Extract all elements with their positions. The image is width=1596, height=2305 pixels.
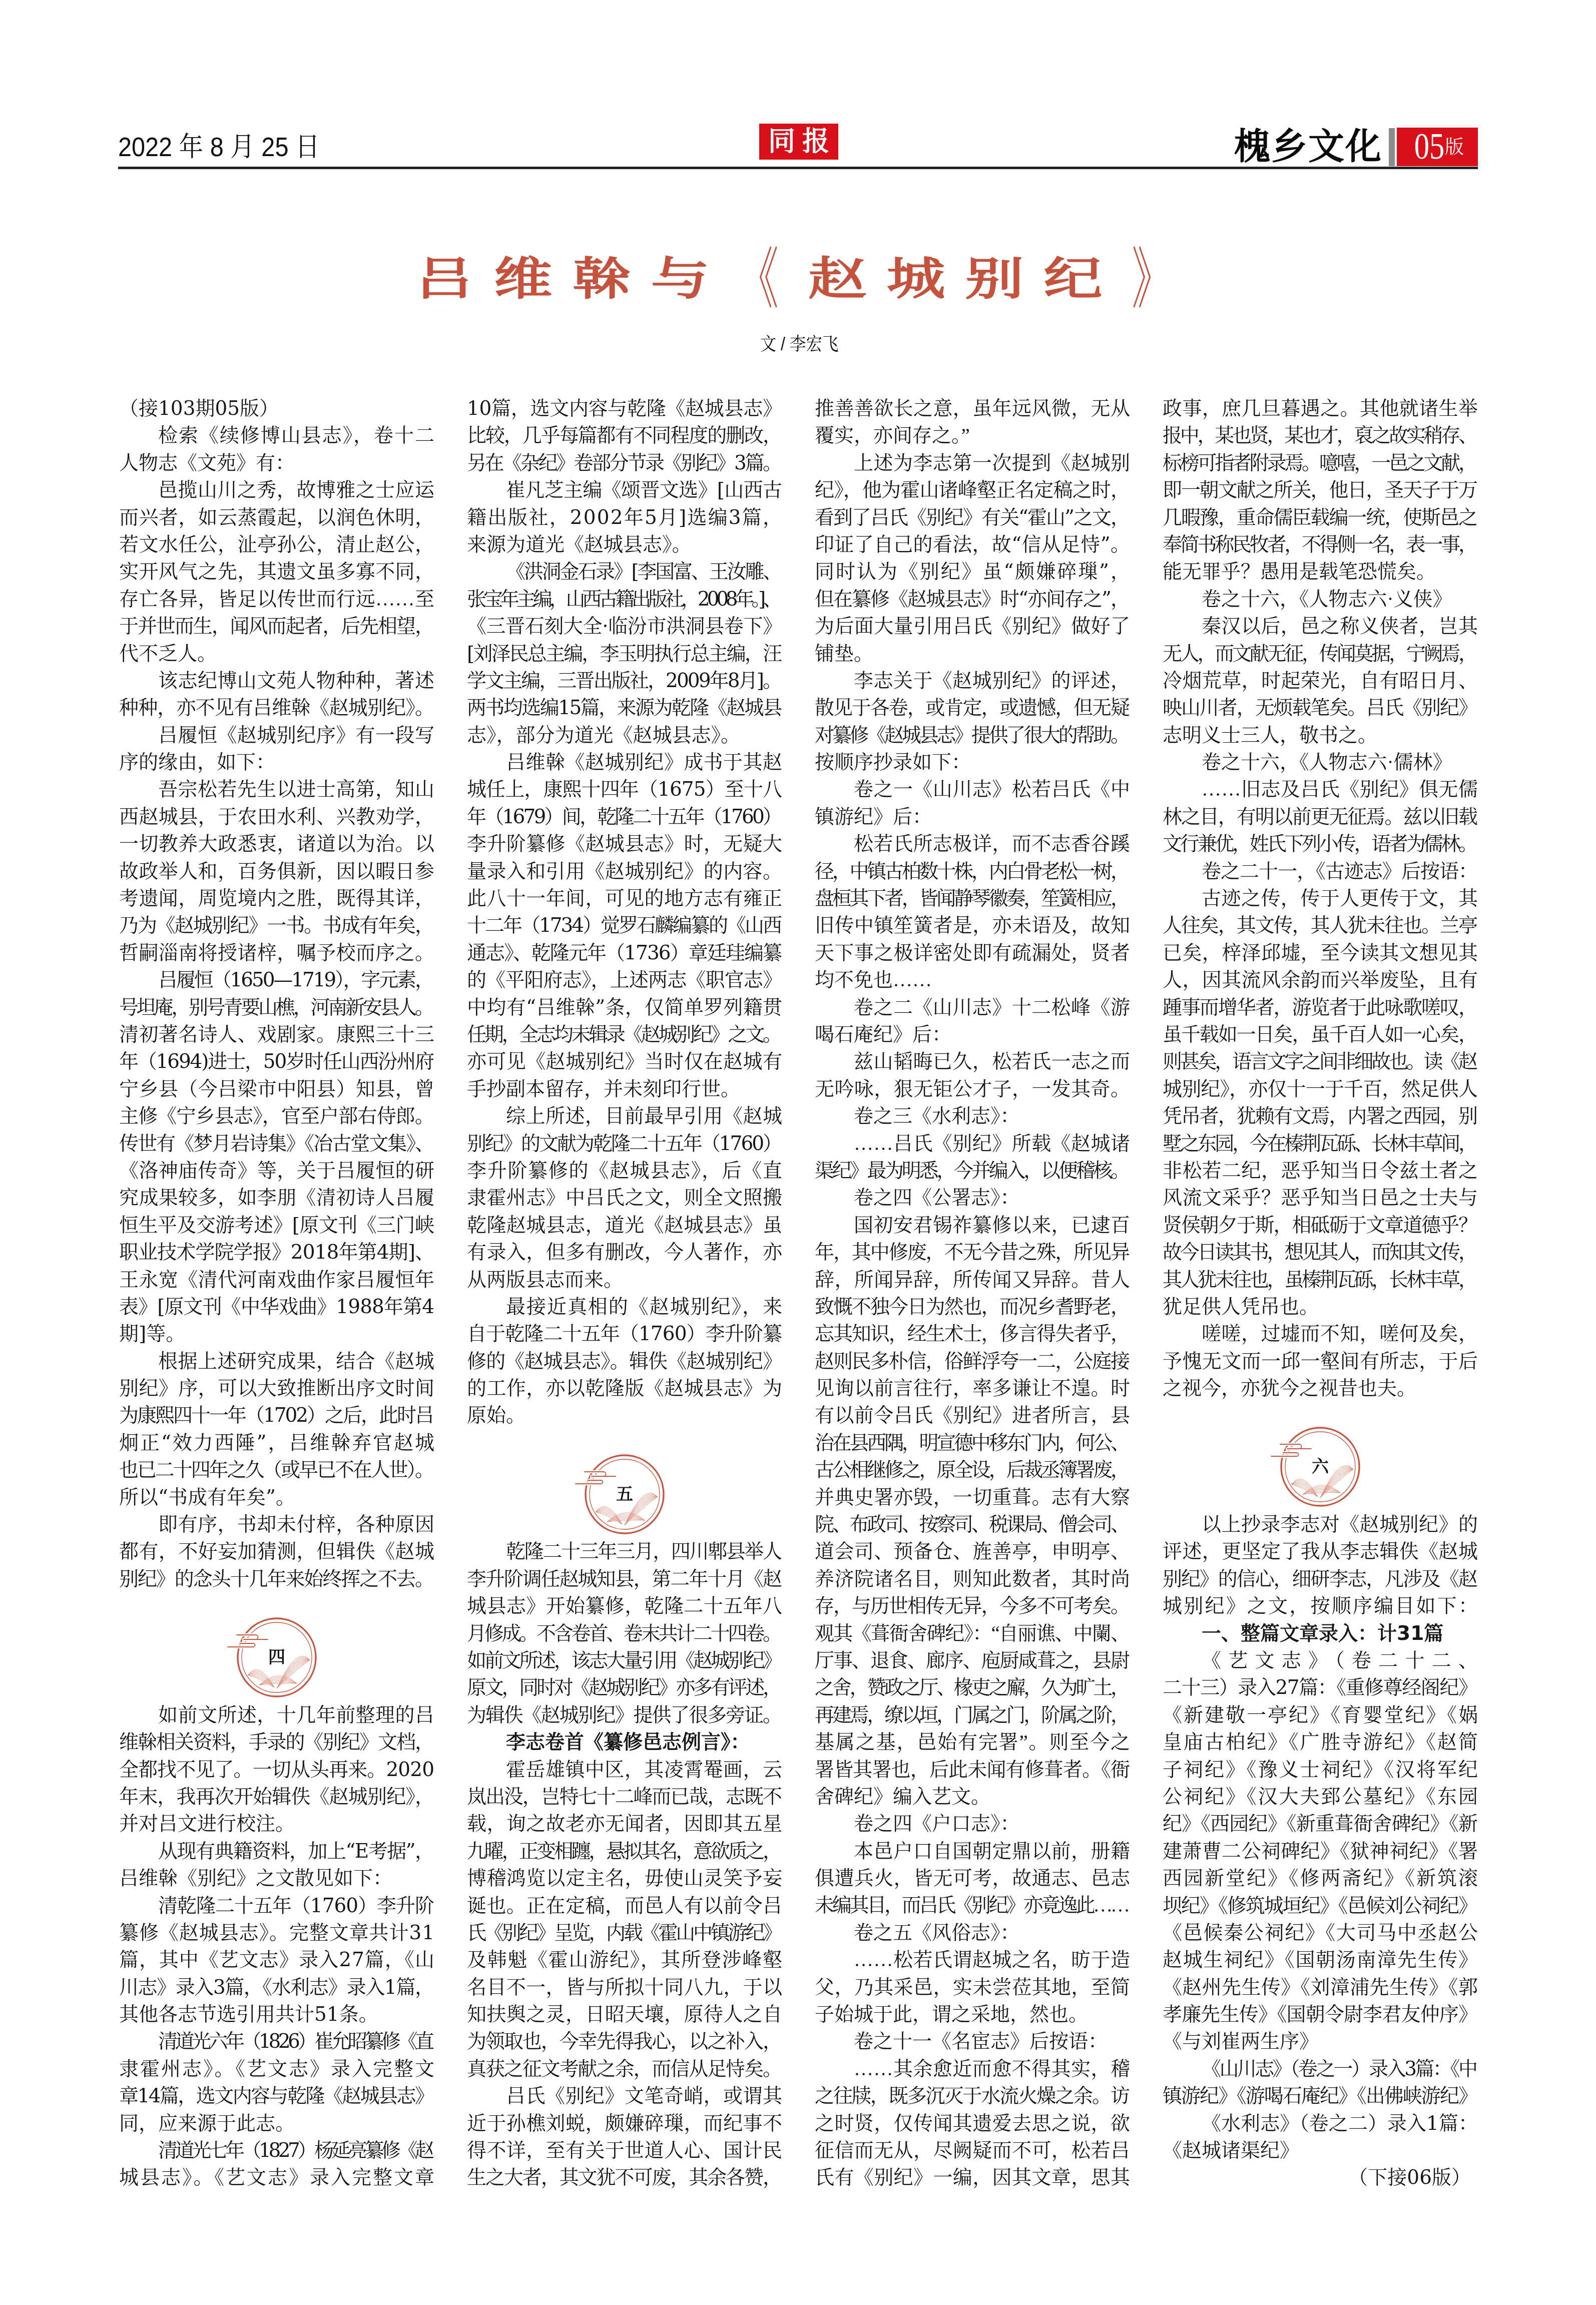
line-text: 赵则民多朴信，俗鲜浮夸一二，公庭接 — [815, 1348, 1129, 1375]
paragraph: 李志关于《赵城别纪》的评述，散见于各卷，或肯定，或遗憾，但无疑对纂修《赵城县志》… — [815, 668, 1130, 777]
line-text: 几暇豫，重命儒臣载编一统，使斯邑之 — [1163, 504, 1477, 531]
text-line: 《水利志》（卷之二）录入1篇： — [1163, 2110, 1478, 2137]
title-char: 与 — [651, 244, 709, 314]
text-line: 真获之征文考献之余，而信从足恃矣。 — [467, 2056, 782, 2083]
text-line: 另在《杂纪》卷部分节录《别纪》3篇。 — [467, 450, 782, 477]
text-line: 镇游纪》后： — [815, 804, 1130, 831]
text-line: 籍出版社，2002年5月]选编3篇， — [467, 504, 782, 531]
text-line: 踵事而增华者，游览者于此咏歌嗟叹， — [1163, 994, 1478, 1021]
text-line: 实开风气之先，其遗文虽多寡不同， — [119, 558, 434, 586]
text-line: 以上抄录李志对《赵城别纪》的 — [1163, 1511, 1478, 1538]
text-line: 并典史署亦毁，一切重葺。志有大察 — [815, 1484, 1130, 1511]
paragraph: 崔凡芝主编《颂晋文选》[山西古籍出版社，2002年5月]选编3篇，来源为道光《赵… — [467, 477, 782, 558]
line-text: 李升阶纂修《赵城县志》时，无疑大 — [467, 831, 782, 858]
text-line: 几暇豫，重命儒臣载编一统，使斯邑之 — [1163, 504, 1478, 531]
text-line: 卷之二十一，《古迹志》后按语： — [1163, 858, 1478, 885]
line-text: 主修《宁乡县志》，官至户部右侍郎。 — [119, 1103, 434, 1130]
paragraph: （接103期05版） — [119, 395, 434, 422]
text-line: 一切教养大政悉衷，诸道以为治。以 — [119, 831, 434, 858]
text-line: 为后面大量引用吕氏《别纪》做好了 — [815, 613, 1130, 640]
text-line: 岚出没，岂特七十二峰而已哉，志既不 — [467, 1784, 782, 1811]
text-line: 《洪洞金石录》[李国富、王汝雕、 — [467, 558, 782, 586]
line-text: 载，询之故老亦无闻者，因即其五星 — [467, 1811, 782, 1838]
text-line: 李升阶纂修的《赵城县志》，后《直 — [467, 1158, 782, 1185]
text-line: 的工作，亦以乾隆版《赵城县志》为 — [467, 1375, 782, 1402]
text-line: 也已二十四年之久（或早已不在人世）。 — [119, 1457, 434, 1484]
title-char: 城 — [886, 244, 945, 314]
paragraph: 上述为李志第一次提到《赵城别纪》，他为霍山诸峰壑正名定稿之时，看到了吕氏《别纪》… — [815, 450, 1130, 668]
line-text: 修的《赵城县志》。辑佚《赵城别纪》 — [467, 1348, 782, 1375]
quoted-paragraph: 卷之十六，《人物志六·儒林》 — [1163, 749, 1478, 776]
line-text: 城任上，康熙十四年（1675）至十八 — [467, 776, 782, 803]
line-text: 基属之基，邑始有完署”。则至今之 — [815, 1729, 1131, 1756]
paragraph: 以上抄录李志对《赵城别纪》的评述，更坚定了我从李志辑佚《赵城别纪》的信心，细研李… — [1163, 1511, 1478, 1620]
line-text: 为辑佚《赵城别纪》提供了很多旁证。 — [467, 1702, 781, 1729]
line-text: 同时认为《别纪》虽“颇嫌碎璅”， — [815, 558, 1132, 586]
text-line: 无吟咏，狠无钜公才子，一发其奇。 — [815, 1076, 1130, 1103]
line-text: 古迹之传，传于人更传于文，其 — [1202, 885, 1478, 912]
quoted-paragraph: ……其余愈近而愈不得其实，稽之往牍，既多沉灭于水流火燥之余。访之时贤，仅传闻其遗… — [815, 2056, 1130, 2192]
text-line: 的《平阳府志》，上述两志《职官志》 — [467, 967, 782, 994]
line-text: 博稽鸿览以定主名，毋使山灵笑予妄 — [467, 1865, 782, 1892]
text-line: 王永宽《清代河南戏曲作家吕履恒年 — [119, 1267, 434, 1294]
text-line: 古公相继修之，原全设，后裁丞簿署废， — [815, 1457, 1130, 1484]
text-line: 最接近真相的《赵城别纪》，来 — [467, 1294, 782, 1321]
paragraph: 10篇，选文内容与乾隆《赵城县志》比较，几乎每篇都有不同程度的删改，另在《杂纪》… — [467, 395, 782, 477]
text-line: 《山川志》（卷之一）录入3篇：《中 — [1163, 2056, 1478, 2083]
line-text: 非松若二纪，恶乎知当日令兹土者之 — [1163, 1158, 1478, 1185]
paragraph: 《山川志》（卷之一）录入3篇：《中镇游纪》《游喝石庵纪》《出佛峡游纪》 — [1163, 2056, 1478, 2110]
text-line: 志明义士三人，敬书之。 — [1163, 722, 1478, 749]
text-line: 氏《别纪》呈览，内载《霍山中镇游纪》 — [467, 1920, 782, 1947]
text-line: 《邑候秦公祠纪》《大司马中丞赵公 — [1163, 1920, 1478, 1947]
line-text: 文行兼优，姓氏下列小传，语者为儒林。 — [1163, 831, 1476, 858]
line-text: 隶霍州志》。《艺文志》录入完整文 — [119, 2056, 436, 2083]
text-line: 两书均选编15篇，来源为乾隆《赵城县 — [467, 695, 782, 722]
line-text: 李志关于《赵城别纪》的评述， — [854, 668, 1130, 695]
line-text: 得不详，至有关于世道人心、国计民 — [467, 2137, 782, 2164]
text-line: 本邑户口自国朝定鼎以前，册籍 — [815, 1838, 1130, 1865]
text-line: 冷烟荒草，时起荣光，自有昭日月、 — [1163, 668, 1478, 695]
line-text: 纪》《西园纪》《新重葺衙舍碑纪》《新 — [1163, 1811, 1477, 1838]
line-text: 松若氏所志极详，而不志香谷蹊 — [854, 831, 1130, 858]
text-line: 人，因其流风余韵而兴举废坠，且有 — [1163, 967, 1478, 994]
text-line: 存，与历世相传无异，今多不可考矣。 — [815, 1593, 1130, 1620]
line-text: 崔凡芝主编《颂晋文选》[山西古 — [506, 477, 782, 504]
line-text: 乃为《赵城别纪》一书。书成有年矣， — [119, 912, 433, 939]
line-text: 无人，而文献无征，传闻莫据，宁阙焉， — [1163, 641, 1476, 668]
line-text: 吕氏《别纪》文笔奇峭，或谓其 — [506, 2083, 782, 2110]
line-text: 九曜，正变相躔，悬拟其名，意欲质之， — [467, 1838, 780, 1865]
title-cell: 榦 — [562, 244, 641, 314]
text-line: 手抄副本留存，并未刻印行世。 — [467, 1076, 782, 1103]
line-text: 原始。 — [467, 1402, 525, 1429]
line-text: ……其余愈近而愈不得其实，稽 — [854, 2056, 1130, 2083]
line-text: 年末，我再次开始辑佚《赵城别纪》， — [119, 1784, 434, 1811]
text-line: 章14篇，选文内容与乾隆《赵城县志》 — [119, 2083, 434, 2110]
text-line: 此八十一年间，可见的地方志有雍正 — [467, 885, 782, 912]
text-line: 纪》《西园纪》《新重葺衙舍碑纪》《新 — [1163, 1811, 1478, 1838]
text-line: 观其《葺衙舍碑纪》：“自丽谯、中闌、 — [815, 1620, 1130, 1647]
text-line: 城县志》开始纂修，乾隆二十五年八 — [467, 1593, 782, 1620]
line-text: 实开风气之先，其遗文虽多寡不同， — [119, 558, 434, 586]
line-text: 按顺序抄录如下： — [815, 749, 971, 776]
quoted-paragraph: 秦汉以后，邑之称义侠者，岂其无人，而文献无征，传闻莫据，宁阙焉，冷烟荒草，时起荣… — [1163, 613, 1478, 749]
line-text: 镇游纪》后： — [815, 804, 932, 831]
quoted-paragraph: 嗟嗟，过墟而不知，嗟何及矣，予愧无文而一邱一壑间有所志，于后之视今，亦犹今之视昔… — [1163, 1321, 1478, 1402]
paragraph: 即有序，书却未付梓，各种原因都有，不好妄加猜测，但辑佚《赵城别纪》的念头十几年来… — [119, 1511, 434, 1593]
text-line: 职业技术学院学报》2018年第4期]、 — [119, 1239, 434, 1266]
text-line: 人物志《文苑》有： — [119, 450, 434, 477]
paragraph: 综上所述，目前最早引用《赵城别纪》的文献为乾隆二十五年（1760）李升阶纂修的《… — [467, 1103, 782, 1294]
text-line: 致慨不独今日为然也，而况乡耆野老， — [815, 1294, 1130, 1321]
line-text: 志明义士三人，敬书之。 — [1163, 722, 1377, 749]
line-text: 卷之一《山川志》松若吕氏《中 — [854, 776, 1130, 803]
text-line: 之往牍，既多沉灭于水流火燥之余。访 — [815, 2083, 1130, 2110]
text-line: 《赵城诸渠纪》 — [1163, 2137, 1478, 2164]
text-line: 城县志》。《艺文志》录入完整文章 — [119, 2164, 434, 2191]
line-text: 二十三）录入27篇：《重修尊经阁纪》 — [1163, 1674, 1477, 1701]
line-text: 宁乡县（今吕梁市中阳县）知县，曾 — [119, 1076, 434, 1103]
title-cell: 城 — [876, 244, 955, 314]
line-text: （接103期05版） — [119, 395, 279, 422]
quoted-paragraph: 卷之三《水利志》： — [815, 1103, 1130, 1130]
text-line: 得不详，至有关于世道人心、国计民 — [467, 2137, 782, 2164]
text-line: 霍岳雄镇中区，其凌霄罨画，云 — [467, 1757, 782, 1784]
text-line: 究成果较多，如李朋《清初诗人吕履 — [119, 1185, 434, 1212]
line-text: 舍碑纪》编入艺文。 — [815, 1784, 990, 1811]
text-line: 径，中镇古柏数十株，内白骨老松一树， — [815, 858, 1130, 885]
title-cell: 《 — [719, 244, 798, 314]
text-line: 城任上，康熙十四年（1675）至十八 — [467, 776, 782, 803]
text-line: 旧传中镇笙簧者是，亦未语及，故知 — [815, 912, 1130, 939]
text-line: 综上所述，目前最早引用《赵城 — [467, 1103, 782, 1130]
line-text: 散见于各卷，或肯定，或遗憾，但无疑 — [815, 695, 1129, 722]
line-text: 卷之二《山川志》十二松峰《游 — [854, 994, 1130, 1021]
line-text: 坝纪》《修筑城垣纪》《邑候刘公祠纪》 — [1163, 1893, 1477, 1920]
line-text: 道会司、预备仓、旌善亭，申明亭、 — [815, 1538, 1130, 1565]
text-line: 生之大者，其文犹不可废，其余各赞， — [467, 2164, 782, 2191]
text-line: 古迹之传，传于人更传于文，其 — [1163, 885, 1478, 912]
text-line: 卷之一《山川志》松若吕氏《中 — [815, 776, 1130, 803]
text-line: 篇，其中《艺文志》录入27篇，《山 — [119, 1947, 434, 1974]
quoted-paragraph: 霍岳雄镇中区，其凌霄罨画，云岚出没，岂特七十二峰而已哉，志既不载，询之故老亦无闻… — [467, 1757, 782, 2083]
text-line: 志》，部分为道光《赵城县志》。 — [467, 722, 782, 749]
line-text: 生之大者，其文犹不可废，其余各赞， — [467, 2164, 781, 2191]
text-line: 基属之基，邑始有完署”。则至今之 — [815, 1729, 1130, 1756]
text-line: 种种，亦不见有吕维榦《赵城别纪》。 — [119, 695, 434, 722]
text-line: 月修成。不含卷首、卷末共计二十四卷。 — [467, 1620, 782, 1647]
text-line: 则甚矣，语言文字之间非细故也。读《赵 — [1163, 1048, 1478, 1075]
quoted-paragraph: 吾宗松若先生以进士高第，知山西赵城县，于农田水利、兴教劝学，一切教养大政悉衷，诸… — [119, 776, 434, 967]
text-line: 虽千载如一日矣，虽千百人如一心矣， — [1163, 1021, 1478, 1048]
line-text: 养济院诸名目，则知此数者，其时尚 — [815, 1566, 1130, 1593]
line-text: 知扶舆之灵，日昭天壤，原待人之自 — [467, 2001, 782, 2028]
text-line: 吕维榦《赵城别纪》成书于其赵 — [467, 749, 782, 776]
quoted-paragraph: 卷之四《公署志》： — [815, 1185, 1130, 1212]
line-text: 年，其中修废，不无今昔之殊，所见异 — [815, 1239, 1129, 1266]
text-line: 别纪》的文献为乾隆二十五年（1760） — [467, 1130, 782, 1158]
text-line: 任期，全志均未辑录《赵城别纪》之文。 — [467, 1021, 782, 1048]
text-line: 赵城生祠纪》《国朝汤南漳先生传》 — [1163, 1947, 1478, 1974]
text-line: 纂修《赵城县志》。完整文章共计31 — [119, 1920, 434, 1947]
line-text: 有以前令吕氏《别纪》进者所言，县 — [815, 1402, 1130, 1429]
text-line: 子始城于此，谓之采地，然也。 — [815, 2001, 1130, 2028]
line-text: 无吟咏，狠无钜公才子，一发其奇。 — [815, 1076, 1130, 1103]
text-line: 从现有典籍资料，加上“E考据”， — [119, 1838, 434, 1865]
text-line: 亦可见《赵城别纪》当时仅在赵城有 — [467, 1048, 782, 1075]
line-text: 人往矣，其文传，其人犹未往也。兰亭 — [1163, 912, 1477, 939]
line-text: 踵事而增华者，游览者于此咏歌嗟叹， — [1163, 994, 1477, 1021]
line-text: 从两版县志而来。 — [467, 1267, 623, 1294]
text-line: 乾隆赵城县志，道光《赵城县志》虽 — [467, 1212, 782, 1239]
quoted-paragraph: 卷之十六，《人物志六·义侠》 — [1163, 586, 1478, 613]
title-char: 吕 — [415, 244, 473, 314]
line-text: 治在县西隅，明宣德中移东门内，何公、 — [815, 1430, 1128, 1457]
text-line: 李升阶纂修《赵城县志》时，无疑大 — [467, 831, 782, 858]
text-line: 之时贤，仅传闻其遗爱去思之说，欲 — [815, 2110, 1130, 2137]
line-text: 真获之征文考献之余，而信从足恃矣。 — [467, 2056, 781, 2083]
text-line: 即有序，书却未付梓，各种原因 — [119, 1511, 434, 1538]
title-char: 别 — [965, 244, 1023, 314]
line-text: 年（1679）间，乾隆二十五年（1760） — [467, 804, 780, 831]
text-line: 再建焉，缭以垣，门属之门，阶属之阶， — [815, 1702, 1130, 1729]
text-line: 如前文所述，该志大量引用《赵城别纪》 — [467, 1647, 782, 1674]
title-cell: 》 — [1112, 244, 1191, 314]
line-text: 种种，亦不见有吕维榦《赵城别纪》。 — [119, 695, 434, 722]
text-line: 征信而无从，尽阙疑而不可，松若吕 — [815, 2137, 1130, 2164]
paragraph: 清乾隆二十五年（1760）李升阶纂修《赵城县志》。完整文章共计31篇，其中《艺文… — [119, 1893, 434, 2029]
text-line: 西赵城县，于农田水利、兴教劝学， — [119, 804, 434, 831]
title-cell: 与 — [641, 244, 719, 314]
line-text: 见询以前言往行，率多谦让不遑。时 — [815, 1375, 1130, 1402]
quoted-paragraph: ……旧志及吕氏《别纪》俱无儒林之目，有明以前更无征焉。兹以旧载文行兼优，姓氏下列… — [1163, 776, 1478, 858]
paragraph: （下接06版） — [1163, 2164, 1478, 2191]
text-line: 川志》录入3篇，《水利志》录入1篇， — [119, 1974, 434, 2001]
text-line: 散见于各卷，或肯定，或遗憾，但无疑 — [815, 695, 1130, 722]
text-line: 乾隆二十三年三月，四川郫县举人 — [467, 1538, 782, 1565]
line-text: 故今日读其书，想见其人，而知其文传， — [1163, 1239, 1476, 1266]
line-text: 任期，全志均未辑录《赵城别纪》之文。 — [467, 1021, 780, 1048]
line-text: 子始城于此，谓之采地，然也。 — [815, 2001, 1088, 2028]
paragraph: 该志纪博山文苑人物种种，著述种种，亦不见有吕维榦《赵城别纪》。 — [119, 668, 434, 722]
text-line: （下接06版） — [1163, 2164, 1478, 2191]
line-text: 及韩魁《霍山游纪》，其所登涉峰壑 — [467, 1947, 783, 1974]
line-text: 皇庙古柏纪》《广胜寺游纪》《赵简 — [1163, 1729, 1479, 1756]
text-line: 维榦相关资料，手录的《别纪》文档， — [119, 1729, 434, 1756]
text-line: 别纪》序，可以大致推断出序文时间 — [119, 1375, 434, 1402]
line-text: 冷烟荒草，时起荣光，自有昭日月、 — [1163, 668, 1478, 695]
line-text: 乾隆二十三年三月，四川郫县举人 — [506, 1538, 781, 1565]
line-text: 若文水任公，沚亭孙公，清止赵公， — [119, 531, 434, 558]
line-text: 上述为李志第一次提到《赵城别 — [854, 450, 1130, 477]
line-text: 吕维榦《别纪》之文散见如下： — [119, 1865, 392, 1892]
text-line: 清道光六年（1826）崔允昭纂修《直 — [119, 2028, 434, 2055]
line-text: 之舍，赞政之厅、椽吏之廨，久为旷土， — [815, 1674, 1128, 1701]
line-text: 映山川者，无烦载笔矣。吕氏《别纪》 — [1163, 695, 1477, 722]
quoted-paragraph: 兹山韬晦已久，松若氏一志之而无吟咏，狠无钜公才子，一发其奇。 — [815, 1048, 1130, 1103]
text-line: 已矣，梓泽邱墟，至今读其文想见其 — [1163, 940, 1478, 967]
line-text: 别纪》序，可以大致推断出序文时间 — [119, 1375, 434, 1402]
text-line: 能无罪乎？愚用是载笔恐慌矣。 — [1163, 558, 1478, 586]
line-text: 并典史署亦毁，一切重葺。志有大察 — [815, 1484, 1130, 1511]
text-line: 吾宗松若先生以进士高第，知山 — [119, 776, 434, 803]
section-badge: 五 — [467, 1430, 782, 1539]
text-line: 无人，而文献无征，传闻莫据，宁阙焉， — [1163, 641, 1478, 668]
line-text: 以上抄录李志对《赵城别纪》的 — [1202, 1511, 1478, 1538]
text-line: 年（1679）间，乾隆二十五年（1760） — [467, 804, 782, 831]
text-line: 养济院诸名目，则知此数者，其时尚 — [815, 1566, 1130, 1593]
line-text: 观其《葺衙舍碑纪》：“自丽谯、中闌、 — [815, 1620, 1129, 1647]
text-line: 故今日读其书，想见其人，而知其文传， — [1163, 1239, 1478, 1266]
text-line: 于并世而生，闻风而起者，后先相望， — [119, 613, 434, 640]
text-line: 原文，同时对《赵城别纪》亦多有评述， — [467, 1674, 782, 1701]
line-text: 《邑候秦公祠纪》《大司马中丞赵公 — [1163, 1920, 1479, 1947]
text-line: 知扶舆之灵，日昭天壤，原待人之自 — [467, 2001, 782, 2028]
title-cell: 纪 — [1033, 244, 1112, 314]
text-line: 别纪》的信心，细研李志，凡涉及《赵 — [1163, 1566, 1478, 1593]
line-text: 量录入和引用《赵城别纪》的内容。 — [467, 858, 782, 885]
line-text: 铺垫。 — [815, 641, 873, 668]
line-text: 篇，其中《艺文志》录入27篇，《山 — [119, 1947, 435, 1974]
line-text: 别纪》的信心，细研李志，凡涉及《赵 — [1163, 1566, 1477, 1593]
line-text: 覆实，亦间存之。” — [815, 422, 970, 449]
text-line: 纪》，他为霍山诸峰壑正名定稿之时， — [815, 477, 1130, 504]
text-line: 辞，所闻异辞，所传闻又异辞。昔人 — [815, 1267, 1130, 1294]
line-text: 为康熙四十一年（1702）之后，此时吕 — [119, 1402, 433, 1429]
line-text: 予愧无文而一邱一壑间有所志，于后 — [1163, 1348, 1478, 1375]
line-text: 卷之二十一，《古迹志》后按语： — [1202, 858, 1477, 885]
line-text: 其他各志节选引用共计51条。 — [119, 2001, 378, 2028]
text-line: 《艺文志》（卷二十二、 — [1163, 1647, 1478, 1674]
text-line: 院、布政司、按察司、税课局、僧会司、 — [815, 1511, 1130, 1538]
text-line: 对纂修《赵城县志》提供了很大的帮助。 — [815, 722, 1130, 749]
text-line: 卷之四《公署志》： — [815, 1185, 1130, 1212]
line-text: 另在《杂纪》卷部分节录《别纪》3篇。 — [467, 450, 781, 477]
line-text: 故政举人和，百务俱新，因以暇日参 — [119, 858, 434, 885]
text-line: 镇游纪》《游喝石庵纪》《出佛峡游纪》 — [1163, 2083, 1478, 2110]
line-text: （下接06版） — [1348, 2164, 1471, 2191]
line-text: 该志纪博山文苑人物种种，著述 — [158, 668, 434, 695]
text-line: 文行兼优，姓氏下列小传，语者为儒林。 — [1163, 831, 1478, 858]
byline: 文 / 李宏飞 — [732, 333, 867, 355]
title-close-bracket: 》 — [1132, 244, 1171, 314]
article-title: 吕 维 榦 与 《 赵 城 别 纪 》 — [405, 244, 1191, 314]
text-line: 该志纪博山文苑人物种种，著述 — [119, 668, 434, 695]
line-text: 国初安君锡祚纂修以来，已逮百 — [854, 1212, 1130, 1239]
text-line: 人往矣，其文传，其人犹未往也。兰亭 — [1163, 912, 1478, 939]
line-text: 隶霍州志》中吕氏之文，则全文照搬 — [467, 1185, 782, 1212]
text-line: 舍碑纪》编入艺文。 — [815, 1784, 1130, 1811]
line-text: 川志》录入3篇，《水利志》录入1篇， — [119, 1974, 434, 2001]
text-line: 十二年（1734）觉罗石麟编纂的《山西 — [467, 912, 782, 939]
line-text: 章14篇，选文内容与乾隆《赵城县志》 — [119, 2083, 433, 2110]
text-line: 量录入和引用《赵城别纪》的内容。 — [467, 858, 782, 885]
text-line: 为领取也，今幸先得我心，以之补入， — [467, 2028, 782, 2055]
text-line: 主修《宁乡县志》，官至户部右侍郎。 — [119, 1103, 434, 1130]
quoted-paragraph: 政事，庶几旦暮遇之。其他就诸生举报中，某也贤，某也才，裒之故实稍存、标榜可指者附… — [1163, 395, 1478, 586]
page-number-badge: 05 版 — [1397, 128, 1478, 166]
line-text: 存，与历世相传无异，今多不可考矣。 — [815, 1593, 1129, 1620]
line-text: 之视今，亦犹今之视昔也夫。 — [1163, 1375, 1416, 1402]
line-text: 《洛神庙传奇》等，关于吕履恒的研 — [119, 1158, 434, 1185]
page-unit: 版 — [1445, 128, 1464, 166]
paragraph: 吕履恒（1650—1719），字元素，号坦庵，别号青要山樵，河南新安县人。清初著… — [119, 967, 434, 1348]
line-text: 则甚矣，语言文字之间非细故也。读《赵 — [1163, 1048, 1476, 1075]
line-text: 《艺文志》（卷二十二、 — [1202, 1647, 1485, 1674]
line-text: 墅之东园，今在榛荆瓦砾、长林丰草间， — [1163, 1130, 1476, 1158]
text-line: 李升阶调任赵城知县，第二年十月《赵 — [467, 1566, 782, 1593]
title-char: 赵 — [808, 244, 866, 314]
section-name: 槐乡文化 — [1234, 125, 1382, 167]
header-rule — [118, 167, 1478, 169]
quoted-paragraph: 卷之五《风俗志》： — [815, 1920, 1130, 1947]
text-line: ……旧志及吕氏《别纪》俱无儒 — [1163, 776, 1478, 803]
text-line: 都有，不好妄加猜测，但辑佚《赵城 — [119, 1538, 434, 1565]
text-line: 传世有《梦月岩诗集》《冶古堂文集》、 — [119, 1130, 434, 1158]
section-number: 六 — [1163, 1456, 1478, 1478]
line-text: ……吕氏《别纪》所载《赵城诸 — [854, 1130, 1130, 1158]
text-line: 上述为李志第一次提到《赵城别 — [815, 450, 1130, 477]
line-text: 10篇，选文内容与乾隆《赵城县志》 — [467, 395, 782, 422]
line-text: 卷之十六，《人物志六·义侠》 — [1202, 586, 1452, 613]
line-text: 李志卷首《纂修邑志例言》： — [506, 1729, 750, 1756]
line-text: 名目不一，皆与所拟十同八九，于以 — [467, 1974, 782, 2001]
line-text: 渠纪》最为明悉，今并编入，以便稽核。 — [815, 1158, 1128, 1185]
text-line: 墅之东园，今在榛荆瓦砾、长林丰草间， — [1163, 1130, 1478, 1158]
text-line: 同时认为《别纪》虽“颇嫌碎璅”， — [815, 558, 1130, 586]
text-line: 父，乃其采邑，实未尝莅其地，至简 — [815, 1974, 1130, 2001]
text-line: 非松若二纪，恶乎知当日令兹土者之 — [1163, 1158, 1478, 1185]
text-line: 哲嗣淄南将授诸梓，嘱予校而序之。 — [119, 940, 434, 967]
text-line: 之舍，赞政之厅、椽吏之廨，久为旷土， — [815, 1674, 1130, 1701]
text-line: 乃为《赵城别纪》一书。书成有年矣， — [119, 912, 434, 939]
text-line: 故政举人和，百务俱新，因以暇日参 — [119, 858, 434, 885]
line-text: 一切教养大政悉衷，诸道以为治。以 — [119, 831, 434, 858]
text-line: ……吕氏《别纪》所载《赵城诸 — [815, 1130, 1130, 1158]
text-line: （接103期05版） — [119, 395, 434, 422]
line-text: 政事，庶几旦暮遇之。其他就诸生举 — [1163, 395, 1478, 422]
line-text: 《山川志》（卷之一）录入3篇：《中 — [1202, 2056, 1476, 2083]
text-line: 有以前令吕氏《别纪》进者所言，县 — [815, 1402, 1130, 1429]
line-text: 全都找不见了。一切从头再来。2020 — [119, 1757, 434, 1784]
line-text: 王永宽《清代河南戏曲作家吕履恒年 — [119, 1267, 434, 1294]
line-text: 志》，部分为道光《赵城县志》。 — [467, 722, 740, 749]
line-text: 卷之四《公署志》： — [854, 1185, 1020, 1212]
section-badge: 六 — [1163, 1402, 1478, 1511]
paragraph: 根据上述研究成果，结合《赵城别纪》序，可以大致推断出序文时间为康熙四十一年（17… — [119, 1348, 434, 1511]
line-text: 卷之十六，《人物志六·儒林》 — [1202, 749, 1452, 776]
text-line: 李志关于《赵城别纪》的评述， — [815, 668, 1130, 695]
line-text: 考遗闻，周览境内之胜，既得其详， — [119, 885, 434, 912]
line-text: 辞，所闻异辞，所传闻又异辞。昔人 — [815, 1267, 1130, 1294]
text-line: 李志卷首《纂修邑志例言》： — [467, 1729, 782, 1756]
line-text: 能无罪乎？愚用是载笔恐慌矣。 — [1163, 558, 1436, 586]
line-text: 从现有典籍资料，加上“E考据”， — [158, 1838, 433, 1865]
line-text: 存亡各异，皆足以传世而行远……至 — [119, 586, 434, 613]
paragraph: 检索《续修博山县志》，卷十二人物志《文苑》有： — [119, 422, 434, 477]
line-text: 《赵州先生传》《刘漳浦先生传》《郭 — [1163, 1974, 1478, 2001]
line-text: 《水利志》（卷之二）录入1篇： — [1202, 2110, 1478, 2137]
line-text: 原文，同时对《赵城别纪》亦多有评述， — [467, 1674, 780, 1701]
text-line: 俱遭兵火，皆无可考，故通志、邑志 — [815, 1865, 1130, 1892]
line-text: 来源为道光《赵城县志》。 — [467, 531, 692, 558]
line-text: 城县志》。《艺文志》录入完整文章 — [119, 2164, 436, 2191]
line-text: 其人犹未往也，虽榛荆瓦砾，长林丰草， — [1163, 1267, 1476, 1294]
text-line: 西园新堂纪》《修两斋纪》《新筑滚 — [1163, 1865, 1478, 1892]
text-line: 之视今，亦犹今之视昔也夫。 — [1163, 1375, 1478, 1402]
text-line: 天下事之极详密处即有疏漏处，贤者 — [815, 940, 1130, 967]
